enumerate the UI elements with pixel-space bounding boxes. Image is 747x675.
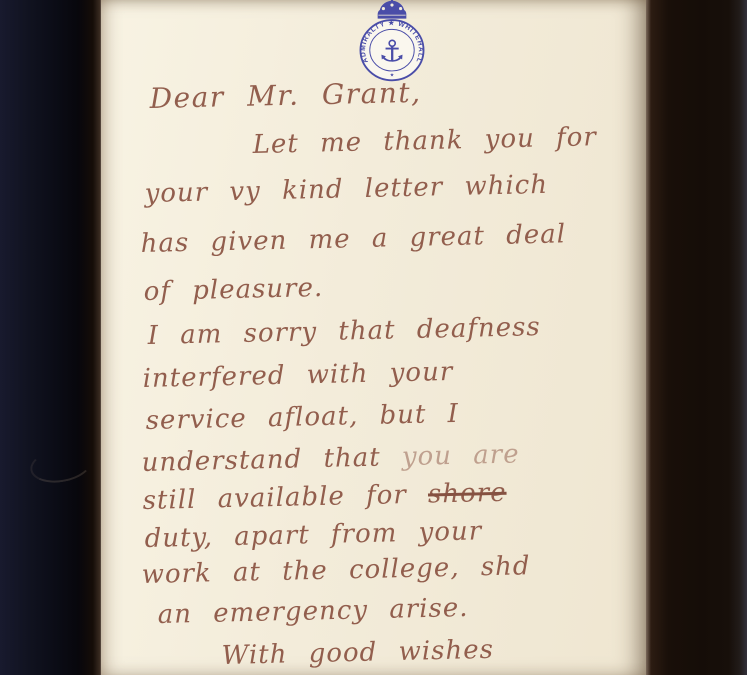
line-text: With good wishes <box>221 635 494 671</box>
line-text: duty, apart from your <box>144 516 482 554</box>
letter-line: an emergency arise. <box>157 593 469 630</box>
letter-line: understand that you are <box>141 439 520 478</box>
salutation-text: Dear Mr. Grant, <box>149 76 422 115</box>
line-text: service afloat, but I <box>145 399 459 436</box>
letter-line: Let me thank you for <box>252 122 597 160</box>
scan-background-right <box>646 0 747 675</box>
letter-line: duty, apart from your <box>144 516 482 554</box>
letterhead-crest: ADMIRALTY ★ WHITEHALL ⚓ ★ <box>356 0 428 86</box>
line-text: interfered with your <box>142 357 453 394</box>
line-text: still available for <box>142 480 428 516</box>
line-text: Let me thank you for <box>252 122 597 160</box>
letter-line: your vy kind letter which <box>144 170 548 209</box>
letter-line: I am sorry that deafness <box>147 312 541 351</box>
letter-paper: ADMIRALTY ★ WHITEHALL ⚓ ★ Dear Mr. Grant… <box>101 0 646 675</box>
line-text: of pleasure. <box>143 273 323 307</box>
letter-line: service afloat, but I <box>145 399 459 436</box>
salutation-line: Dear Mr. Grant, <box>149 76 422 115</box>
line-text: an emergency arise. <box>157 593 469 630</box>
line-text: work at the college, shd <box>141 551 531 590</box>
letter-line: With good wishes <box>221 635 494 671</box>
line-text: I am sorry that deafness <box>147 312 541 351</box>
line-text: understand that <box>141 442 402 478</box>
scanned-letter-photo: ADMIRALTY ★ WHITEHALL ⚓ ★ Dear Mr. Grant… <box>0 0 747 675</box>
line-text: has given me a great deal <box>140 219 566 259</box>
scan-background-left <box>0 0 101 675</box>
letter-line: still available for shore <box>142 478 507 516</box>
letter-line: of pleasure. <box>143 273 323 307</box>
line-text: your vy kind letter which <box>144 170 548 209</box>
anchor-icon: ⚓ <box>379 35 406 70</box>
letter-line: has given me a great deal <box>140 219 566 259</box>
letter-line: interfered with your <box>142 357 453 394</box>
crown-icon <box>378 0 407 19</box>
letter-line: work at the college, shd <box>141 551 531 590</box>
